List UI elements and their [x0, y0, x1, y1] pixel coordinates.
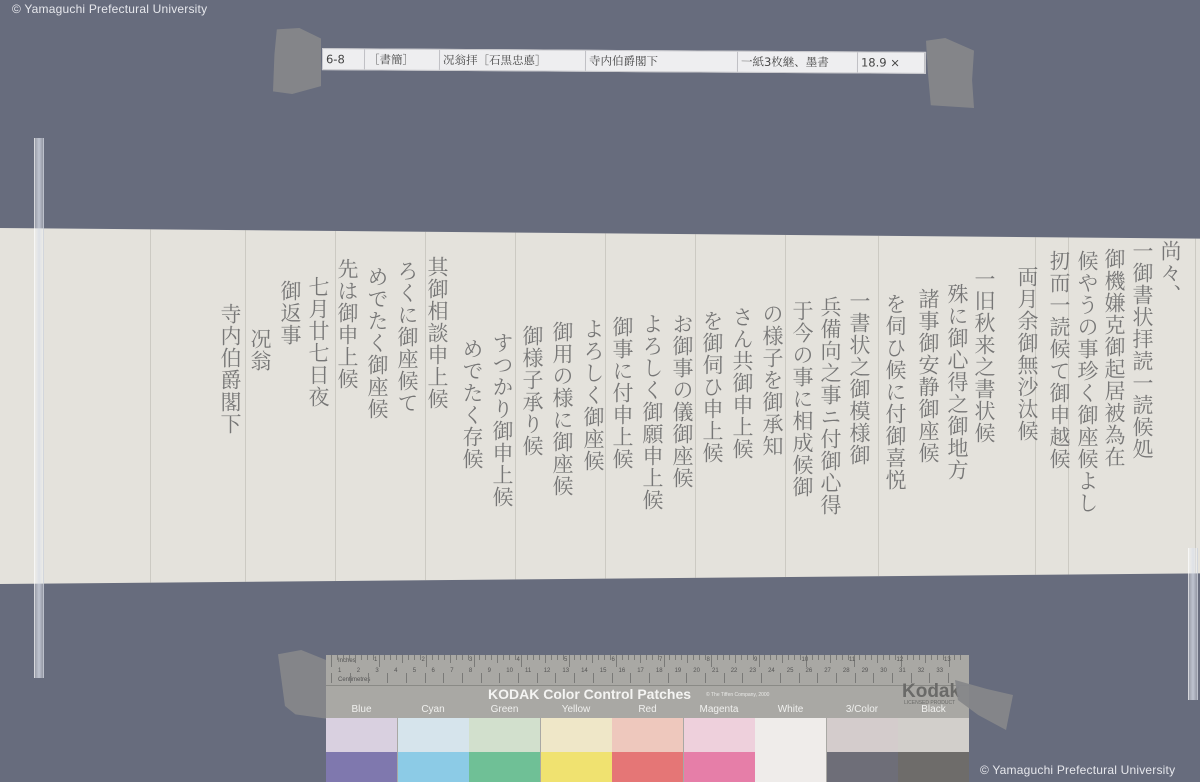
cm-mark: 10 [506, 668, 513, 674]
inch-tick [960, 655, 961, 660]
inch-tick [859, 655, 860, 660]
inch-tick [776, 655, 777, 660]
inch-mark: 6 [612, 657, 615, 663]
cm-mark: 30 [880, 668, 887, 674]
inch-tick [640, 655, 641, 663]
inch-mark: 4 [517, 657, 520, 663]
cm-tick [686, 673, 687, 683]
inch-tick [367, 655, 368, 660]
calligraphy-column: 御事に付申上候 [607, 316, 633, 470]
tape-piece [926, 38, 974, 108]
inch-tick [509, 655, 510, 660]
color-patch-light [755, 718, 826, 752]
patch-label-magenta: Magenta [684, 704, 755, 715]
cm-mark: 29 [862, 668, 869, 674]
inch-tick [954, 655, 955, 660]
inch-mark: 10 [802, 657, 809, 663]
inch-tick [759, 655, 760, 667]
calligraphy-column: よろしく御願申上候 [637, 313, 663, 511]
cm-mark: 18 [656, 668, 663, 674]
calligraphy-column: 寺内伯爵閣下 [215, 303, 241, 435]
cm-mark: 3 [375, 668, 378, 674]
cm-tick [368, 673, 369, 683]
inch-tick [729, 655, 730, 660]
cm-mark: 13 [562, 668, 569, 674]
letter-scroll: 尚々、一御書状拝読一読候処御機嫌克御起居被為在候やうの事珍く御座候よし扨而一読候… [0, 228, 1200, 584]
calligraphy-column: さん共御申上候 [727, 306, 753, 460]
cm-mark: 26 [806, 668, 813, 674]
acrylic-weight-bar [34, 138, 44, 678]
inch-tick [782, 655, 783, 663]
inch-tick [503, 655, 504, 660]
inch-mark: 5 [564, 657, 567, 663]
cm-tick [406, 673, 407, 683]
cm-tick [518, 673, 519, 683]
inch-tick [877, 655, 878, 663]
cm-mark: 7 [450, 668, 453, 674]
cm-mark: 15 [600, 668, 607, 674]
label-cell: 18.9 × [858, 52, 925, 72]
cm-tick [649, 673, 650, 683]
inch-tick [337, 655, 338, 660]
calligraphy-column: を伺ひ候に付御喜悦 [880, 293, 906, 491]
cm-tick [873, 673, 874, 683]
color-patch-light [898, 718, 969, 752]
inch-tick [871, 655, 872, 660]
calligraphy-column: 諸事御安静御座候 [913, 288, 939, 464]
inch-tick [919, 655, 920, 660]
cm-tick [761, 673, 762, 683]
inch-tick [349, 655, 350, 660]
calligraphy-column: 七月廿七日夜 [303, 276, 329, 408]
calligraphy-column: 御様子承り候 [517, 325, 543, 457]
inch-tick [747, 655, 748, 660]
copyright-notice-top: © Yamaguchi Prefectural University [12, 2, 207, 16]
inch-mark: 3 [469, 657, 472, 663]
cm-mark: 12 [544, 668, 551, 674]
cm-mark: 24 [768, 668, 775, 674]
calligraphy-column: 一旧秋来之書状候 [969, 268, 995, 444]
inch-tick [551, 655, 552, 660]
inch-tick [681, 655, 682, 660]
cm-tick [537, 673, 538, 683]
inch-tick [711, 655, 712, 667]
inch-tick [527, 655, 528, 660]
inch-tick [533, 655, 534, 660]
inch-tick [569, 655, 570, 667]
inch-tick [402, 655, 403, 663]
ruler-inches-label: Inches [338, 658, 356, 664]
inch-tick [788, 655, 789, 660]
cm-mark: 20 [693, 668, 700, 674]
inch-tick [628, 655, 629, 660]
inch-tick [842, 655, 843, 660]
inch-tick [438, 655, 439, 660]
cm-mark: 19 [675, 668, 682, 674]
inch-tick [539, 655, 540, 660]
cm-tick [892, 673, 893, 683]
color-patch-dark [541, 752, 612, 782]
color-patch-dark [469, 752, 540, 782]
color-patch-dark [612, 752, 683, 782]
cm-mark: 27 [824, 668, 831, 674]
cm-mark: 21 [712, 668, 719, 674]
paper-fold-line [150, 228, 151, 584]
cm-mark: 9 [488, 668, 491, 674]
inch-tick [331, 655, 332, 667]
cm-tick [331, 673, 332, 683]
chart-copyright: © The Tiffen Company, 2000 [706, 692, 769, 698]
inch-tick [390, 655, 391, 660]
cm-tick [555, 673, 556, 683]
patch-label-yellow: Yellow [541, 704, 612, 715]
calligraphy-column: 御返事 [275, 280, 301, 346]
inch-tick [883, 655, 884, 660]
inch-mark: 12 [897, 657, 904, 663]
cm-mark: 11 [525, 668, 531, 674]
inch-tick [652, 655, 653, 660]
inch-tick [474, 655, 475, 667]
inch-tick [343, 655, 344, 660]
inch-tick [741, 655, 742, 660]
calligraphy-column: 兵備向之事ニ付御心得 [815, 296, 841, 516]
cm-mark: 14 [581, 668, 588, 674]
inch-tick [444, 655, 445, 660]
cm-mark: 31 [899, 668, 906, 674]
inch-tick [456, 655, 457, 660]
cm-tick [499, 673, 500, 683]
inch-tick [586, 655, 587, 660]
color-patch-light [469, 718, 540, 752]
cm-mark: 32 [918, 668, 925, 674]
calligraphy-column: 一御書状拝読一読候処 [1127, 240, 1153, 460]
inch-tick [616, 655, 617, 667]
cm-tick [855, 673, 856, 683]
cm-tick [462, 673, 463, 683]
paper-fold-line [1195, 228, 1196, 584]
cm-mark: 23 [749, 668, 756, 674]
cm-tick [612, 673, 613, 683]
inch-mark: 8 [707, 657, 710, 663]
label-cell: 寺内伯爵閣下 [586, 51, 738, 72]
inch-tick [604, 655, 605, 660]
cm-tick [630, 673, 631, 683]
tape-piece [273, 28, 321, 94]
inch-tick [592, 655, 593, 663]
inch-tick [889, 655, 890, 660]
cm-tick [574, 673, 575, 683]
inch-tick [598, 655, 599, 660]
patch-label-blue: Blue [326, 704, 397, 715]
cm-mark: 28 [843, 668, 850, 674]
calligraphy-column: を御伺ひ申上候 [697, 310, 723, 464]
calligraphy-column: 両月余御無沙汰候 [1012, 266, 1038, 442]
color-patch-light [612, 718, 683, 752]
patch-label-green: Green [469, 704, 540, 715]
color-patch-dark [827, 752, 898, 782]
inch-tick [384, 655, 385, 660]
inch-tick [491, 655, 492, 660]
cm-mark: 16 [619, 668, 626, 674]
inch-tick [669, 655, 670, 660]
cm-mark: 25 [787, 668, 794, 674]
inch-tick [432, 655, 433, 660]
inch-tick [693, 655, 694, 660]
inch-tick [450, 655, 451, 663]
cm-tick [780, 673, 781, 683]
color-patch-dark [898, 752, 969, 782]
inch-tick [355, 655, 356, 663]
calligraphy-column: すつかり御申上候 [487, 332, 513, 508]
calligraphy-column: 候やうの事珍く御座候よし [1072, 250, 1098, 514]
cm-tick [668, 673, 669, 683]
inch-tick [361, 655, 362, 660]
inch-tick [485, 655, 486, 660]
inch-tick [408, 655, 409, 660]
chart-title: KODAK Color Control Patches [488, 686, 691, 702]
paper-fold-line [605, 228, 606, 584]
inch-tick [545, 655, 546, 663]
inch-tick [794, 655, 795, 660]
calligraphy-column: 一書状之御模様御 [844, 290, 870, 466]
inch-tick [574, 655, 575, 660]
cm-mark: 6 [432, 668, 435, 674]
kodak-color-control-chart: Inches Centimetres 123456789101112131415… [326, 655, 969, 782]
color-patch-dark [684, 752, 755, 782]
calligraphy-column: めでたく御座候 [362, 266, 388, 420]
calligraphy-column: お御事の儀御座候 [667, 313, 693, 489]
patch-label-3-color: 3/Color [827, 704, 898, 715]
cm-tick [481, 673, 482, 683]
cm-mark: 1 [338, 668, 341, 674]
cm-tick [705, 673, 706, 683]
color-patch-dark [326, 752, 397, 782]
patch-label-red: Red [612, 704, 683, 715]
patch-label-cyan: Cyan [398, 704, 469, 715]
inch-tick [646, 655, 647, 660]
label-cell: ［書簡］ [365, 49, 440, 69]
label-cell: 况翁拝［石黒忠悳］ [440, 50, 586, 71]
inch-tick [764, 655, 765, 660]
cm-tick [724, 673, 725, 683]
inch-tick [770, 655, 771, 660]
inch-mark: 11 [849, 657, 855, 663]
inch-tick [497, 655, 498, 663]
paper-fold-line [515, 228, 516, 584]
calligraphy-column: 况翁 [245, 328, 271, 372]
copyright-notice-bottom: © Yamaguchi Prefectural University [980, 763, 1175, 777]
calligraphy-column: 于今の事に相成候御 [787, 300, 813, 498]
calligraphy-column: 扨而一読候て御申越候 [1044, 250, 1070, 470]
label-cell: 一紙3枚継、墨書 [738, 52, 858, 73]
calligraphy-column: 尚々、 [1155, 240, 1181, 306]
color-patch-light [541, 718, 612, 752]
inch-tick [836, 655, 837, 660]
inch-tick [925, 655, 926, 663]
cm-mark: 17 [637, 668, 644, 674]
inch-tick [557, 655, 558, 660]
inch-tick [907, 655, 908, 660]
cm-tick [443, 673, 444, 683]
inch-tick [479, 655, 480, 660]
cm-tick [425, 673, 426, 683]
inch-tick [699, 655, 700, 660]
inch-tick [414, 655, 415, 660]
calligraphy-column: 御機嫌克御起居被為在 [1099, 248, 1125, 468]
color-patch-light [326, 718, 397, 752]
inch-tick [818, 655, 819, 660]
inch-tick [735, 655, 736, 663]
cm-mark: 8 [469, 668, 472, 674]
inch-tick [830, 655, 831, 663]
inch-tick [937, 655, 938, 660]
ruler: Inches Centimetres 123456789101112131415… [326, 655, 969, 686]
inch-tick [521, 655, 522, 667]
calligraphy-column: よろしく御座候 [578, 318, 604, 472]
color-patch-light [398, 718, 469, 752]
inch-mark: 2 [422, 657, 425, 663]
inch-tick [824, 655, 825, 660]
inch-tick [634, 655, 635, 660]
paper-fold-line [245, 228, 246, 584]
cm-tick [742, 673, 743, 683]
cm-mark: 33 [936, 668, 943, 674]
inch-tick [931, 655, 932, 660]
catalog-label-strip: 6-8［書簡］况翁拝［石黒忠悳］寺内伯爵閣下一紙3枚継、墨書18.9 × [322, 48, 926, 74]
inch-tick [396, 655, 397, 660]
ruler-centimetres-label: Centimetres [338, 677, 370, 683]
cm-mark: 4 [394, 668, 397, 674]
inch-tick [580, 655, 581, 660]
calligraphy-column: 御用の様に御座候 [547, 321, 573, 497]
inch-tick [462, 655, 463, 660]
color-patch-light [684, 718, 755, 752]
paper-fold-line [695, 228, 696, 584]
inch-tick [717, 655, 718, 660]
calligraphy-column: 先は御申上候 [332, 258, 358, 390]
cm-tick [387, 673, 388, 683]
inch-tick [913, 655, 914, 660]
patch-label-white: White [755, 704, 826, 715]
color-patch-dark [755, 752, 826, 782]
cm-tick [593, 673, 594, 683]
inch-tick [812, 655, 813, 660]
color-patch-light [827, 718, 898, 752]
cm-mark: 2 [357, 668, 360, 674]
color-patch-dark [398, 752, 469, 782]
inch-tick [675, 655, 676, 660]
inch-tick [379, 655, 380, 667]
inch-mark: 1 [374, 657, 377, 663]
paper-fold-line [785, 228, 786, 584]
inch-tick [687, 655, 688, 663]
cm-tick [817, 673, 818, 683]
inch-mark: 13 [944, 657, 951, 663]
inch-mark: 7 [659, 657, 662, 663]
calligraphy-column: ろくに御座候て [392, 260, 418, 414]
cm-tick [350, 673, 351, 683]
inch-mark: 9 [754, 657, 757, 663]
cm-tick [836, 673, 837, 683]
cm-mark: 5 [413, 668, 416, 674]
acrylic-weight-bar [1188, 548, 1198, 700]
calligraphy-column: 其御相談申上候 [422, 256, 448, 410]
inch-tick [622, 655, 623, 660]
patch-label-black: Black [898, 704, 969, 715]
inch-tick [426, 655, 427, 667]
inch-tick [664, 655, 665, 667]
paper-fold-line [878, 228, 879, 584]
calligraphy-column: めでたく存候 [457, 338, 483, 470]
inch-tick [865, 655, 866, 660]
label-cell: 6-8 [323, 49, 365, 69]
calligraphy-column: の様子を御承知 [757, 303, 783, 457]
calligraphy-column: 殊に御心得之御地方 [942, 283, 968, 481]
cm-tick [799, 673, 800, 683]
cm-mark: 22 [731, 668, 738, 674]
inch-tick [723, 655, 724, 660]
